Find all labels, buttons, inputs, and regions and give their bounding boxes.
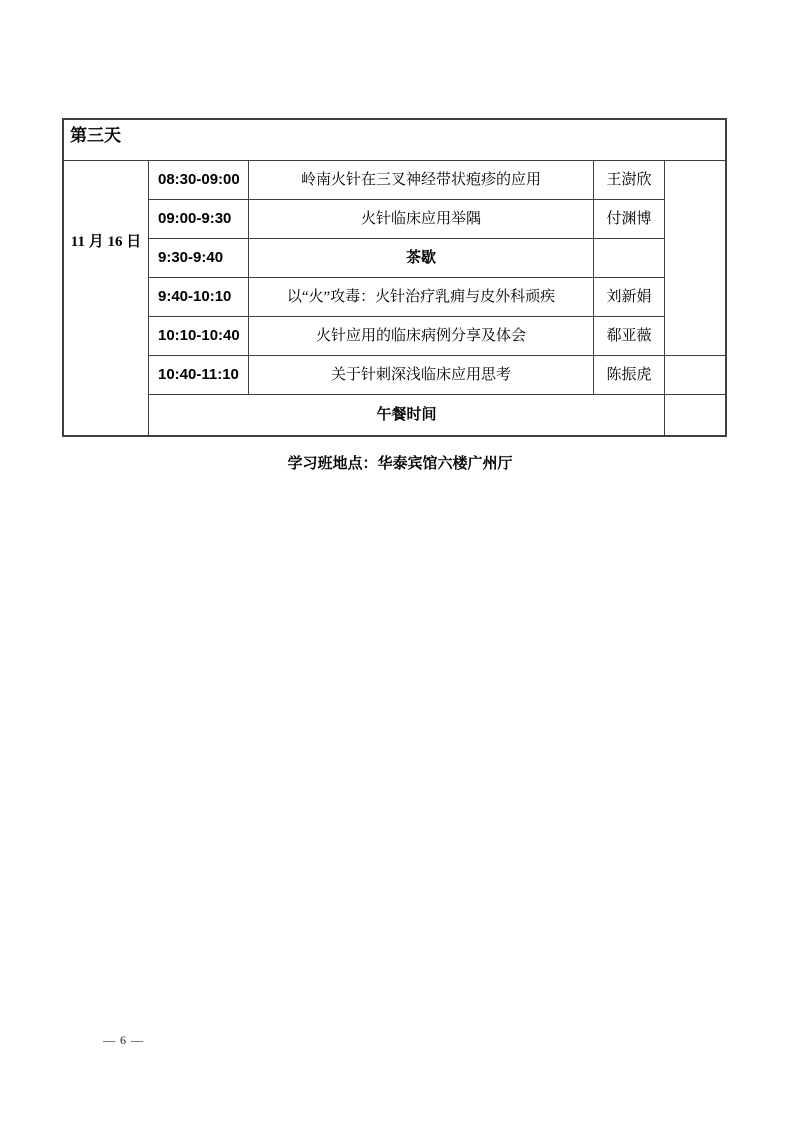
speaker-cell: 刘新娟: [594, 278, 664, 316]
location-note: 学习班地点：华泰宾馆六楼广州厅: [0, 452, 800, 473]
time-cell: 9:30-9:40: [149, 239, 248, 277]
topic-cell: 火针临床应用举隅: [249, 200, 593, 238]
topic-cell: 茶歇: [249, 239, 593, 277]
topic-cell: 以“火”攻毒：火针治疗乳痈与皮外科顽疾: [249, 278, 593, 316]
topic-cell: 关于针刺深浅临床应用思考: [249, 356, 593, 394]
day-header: 第三天: [64, 120, 725, 160]
speaker-cell: 王澍欣: [594, 161, 664, 199]
time-cell: 09:00-9:30: [149, 200, 248, 238]
time-cell: 10:40-11:10: [149, 356, 248, 394]
speaker-cell: [594, 239, 664, 277]
speaker-cell: 付渊博: [594, 200, 664, 238]
speaker-cell: 陈振虎: [594, 356, 664, 394]
empty-cell: [665, 356, 725, 394]
page-number: — 6 —: [103, 1033, 144, 1048]
schedule-table: 第三天 11 月 16 日 08:30-09:00 岭南火针在三叉神经带状疱疹的…: [62, 118, 727, 437]
empty-cell: [665, 395, 725, 435]
document-page: 第三天 11 月 16 日 08:30-09:00 岭南火针在三叉神经带状疱疹的…: [0, 0, 800, 1131]
time-cell: 08:30-09:00: [149, 161, 248, 199]
topic-cell: 火针应用的临床病例分享及体会: [249, 317, 593, 355]
time-cell: 10:10-10:40: [149, 317, 248, 355]
date-cell: 11 月 16 日: [64, 161, 148, 435]
topic-cell: 岭南火针在三叉神经带状疱疹的应用: [249, 161, 593, 199]
time-cell: 9:40-10:10: [149, 278, 248, 316]
lunch-cell: 午餐时间: [149, 395, 664, 435]
speaker-cell: 郗亚薇: [594, 317, 664, 355]
empty-cell: [665, 161, 725, 355]
